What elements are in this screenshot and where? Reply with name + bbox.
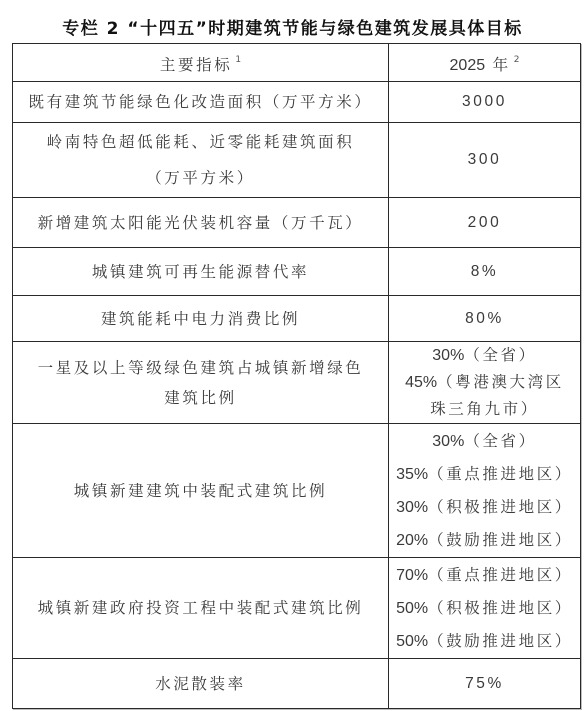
table-title: 专栏 2 “十四五”时期建筑节能与绿色建筑发展具体目标 <box>0 14 585 39</box>
value-cell: 300 <box>389 123 581 198</box>
indicator-text: 既有建筑节能绿色化改造面积（万平方米） <box>17 89 384 115</box>
value-line: 70%（重点推进地区） <box>393 559 576 592</box>
value-cell: 70%（重点推进地区） 50%（积极推进地区） 50%（鼓励推进地区） <box>389 558 581 659</box>
value-percent: 20% <box>396 532 428 549</box>
value-cell: 200 <box>389 198 581 248</box>
value-note: （鼓励推进地区） <box>428 632 573 650</box>
indicator-text: 建筑能耗中电力消费比例 <box>17 306 384 332</box>
header-year-label: 年 <box>493 56 511 74</box>
indicator-cell: 城镇新建政府投资工程中装配式建筑比例 <box>13 558 389 659</box>
value-note: （全省） <box>464 346 536 364</box>
indicator-text: 建筑比例 <box>17 383 384 413</box>
value-note: （粤港澳大湾区 <box>437 373 564 391</box>
value-percent: 35% <box>396 466 428 483</box>
value-percent: 30% <box>432 347 464 364</box>
value-cell: 3000 <box>389 82 581 123</box>
indicator-cell: 城镇新建建筑中装配式建筑比例 <box>13 424 389 558</box>
value-cell: 80% <box>389 296 581 342</box>
indicator-text: 城镇新建政府投资工程中装配式建筑比例 <box>17 595 384 621</box>
value-cell: 30%（全省） 45%（粤港澳大湾区 珠三角九市） <box>389 342 581 424</box>
value-percent: 30% <box>396 499 428 516</box>
footnote-1: 1 <box>235 55 241 65</box>
value-cell: 8% <box>389 248 581 296</box>
targets-table: 主要指标1 2025 年2 既有建筑节能绿色化改造面积（万平方米） 3000 岭… <box>12 43 581 709</box>
value-line: 30%（全省） <box>393 342 576 369</box>
indicator-cell: 水泥散装率 <box>13 659 389 709</box>
value-line: 30%（积极推进地区） <box>393 491 576 524</box>
value-line: 50%（积极推进地区） <box>393 592 576 625</box>
indicator-text: 岭南特色超低能耗、近零能耗建筑面积 <box>17 124 384 160</box>
indicator-text: 水泥散装率 <box>17 671 384 697</box>
value-percent: 50% <box>396 600 428 617</box>
header-year: 2025 年2 <box>389 44 581 82</box>
indicator-text: 城镇新建建筑中装配式建筑比例 <box>17 478 384 504</box>
indicator-text: 城镇建筑可再生能源替代率 <box>17 259 384 285</box>
value-line: 珠三角九市） <box>393 396 576 423</box>
indicator-cell: 新增建筑太阳能光伏装机容量（万千瓦） <box>13 198 389 248</box>
value-line: 20%（鼓励推进地区） <box>393 524 576 557</box>
value-note: （鼓励推进地区） <box>428 531 573 549</box>
indicator-text: 一星及以上等级绿色建筑占城镇新增绿色 <box>17 353 384 383</box>
header-year-number: 2025 <box>450 57 486 74</box>
table-row: 建筑能耗中电力消费比例 80% <box>13 296 581 342</box>
value-percent: 30% <box>432 433 464 450</box>
value-cell: 30%（全省） 35%（重点推进地区） 30%（积极推进地区） 20%（鼓励推进… <box>389 424 581 558</box>
table-row: 既有建筑节能绿色化改造面积（万平方米） 3000 <box>13 82 581 123</box>
table-row: 城镇建筑可再生能源替代率 8% <box>13 248 581 296</box>
value-percent: 70% <box>396 567 428 584</box>
value-note: （积极推进地区） <box>428 599 573 617</box>
table-row: 新增建筑太阳能光伏装机容量（万千瓦） 200 <box>13 198 581 248</box>
header-indicator-label: 主要指标 <box>160 56 232 74</box>
table-row: 一星及以上等级绿色建筑占城镇新增绿色 建筑比例 30%（全省） 45%（粤港澳大… <box>13 342 581 424</box>
indicator-cell: 城镇建筑可再生能源替代率 <box>13 248 389 296</box>
value-note: （重点推进地区） <box>428 465 573 483</box>
table-header-row: 主要指标1 2025 年2 <box>13 44 581 82</box>
value-note: （全省） <box>464 432 536 450</box>
value-note: 珠三角九市） <box>430 400 539 418</box>
value-percent: 50% <box>396 633 428 650</box>
value-line: 50%（鼓励推进地区） <box>393 625 576 658</box>
indicator-cell: 建筑能耗中电力消费比例 <box>13 296 389 342</box>
value-cell: 75% <box>389 659 581 709</box>
value-percent: 45% <box>405 374 437 391</box>
table-row: 水泥散装率 75% <box>13 659 581 709</box>
header-indicator: 主要指标1 <box>13 44 389 82</box>
value-line: 30%（全省） <box>393 425 576 458</box>
value-line: 35%（重点推进地区） <box>393 458 576 491</box>
table-row: 城镇新建政府投资工程中装配式建筑比例 70%（重点推进地区） 50%（积极推进地… <box>13 558 581 659</box>
footnote-2: 2 <box>514 55 520 65</box>
indicator-cell: 一星及以上等级绿色建筑占城镇新增绿色 建筑比例 <box>13 342 389 424</box>
value-line: 45%（粤港澳大湾区 <box>393 369 576 396</box>
indicator-text: 新增建筑太阳能光伏装机容量（万千瓦） <box>17 210 384 236</box>
indicator-text: （万平方米） <box>17 160 384 196</box>
indicator-cell: 既有建筑节能绿色化改造面积（万平方米） <box>13 82 389 123</box>
indicator-cell: 岭南特色超低能耗、近零能耗建筑面积 （万平方米） <box>13 123 389 198</box>
table-row: 城镇新建建筑中装配式建筑比例 30%（全省） 35%（重点推进地区） 30%（积… <box>13 424 581 558</box>
table-row: 岭南特色超低能耗、近零能耗建筑面积 （万平方米） 300 <box>13 123 581 198</box>
value-note: （积极推进地区） <box>428 498 573 516</box>
value-note: （重点推进地区） <box>428 566 573 584</box>
